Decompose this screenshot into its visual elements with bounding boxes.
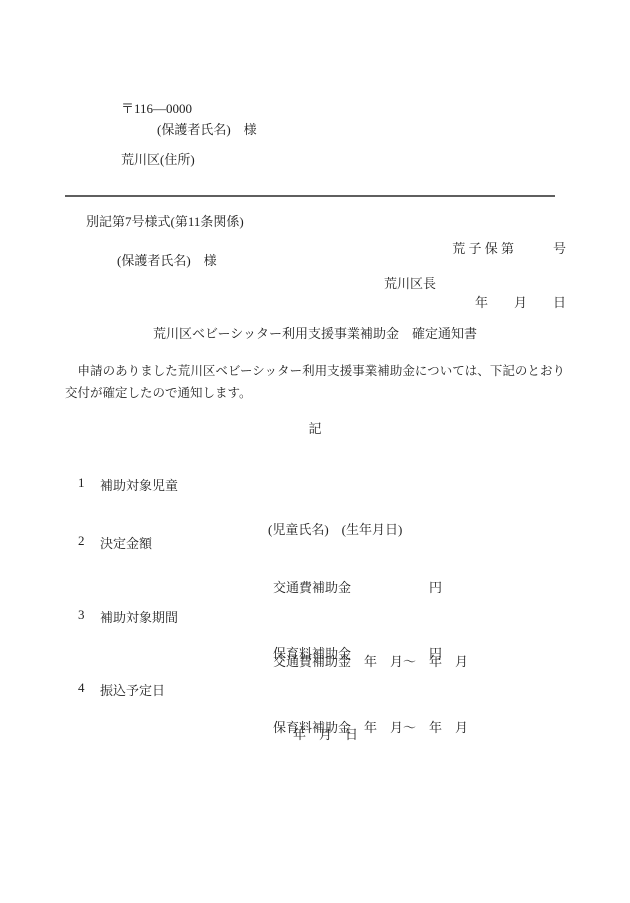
recipient-name: (保護者氏名) 様 (117, 250, 217, 269)
body-paragraph: 申請のありました荒川区ベビーシッター利用支援事業補助金については、下記のとおり交… (65, 360, 565, 404)
item-3-number: 3 (78, 607, 85, 623)
address-line: 荒川区(住所) (121, 151, 195, 168)
document-page: 〒116―0000 荒川区(住所) (保護者氏名) 様 別記第7号様式(第11条… (0, 0, 630, 903)
item-4-value: 年 月 日 (293, 680, 358, 790)
postal-code: 〒116―0000 (121, 100, 195, 117)
recipient-name-top: (保護者氏名) 様 (157, 119, 257, 138)
item-2-number: 2 (78, 533, 85, 549)
form-number: 別記第7号様式(第11条関係) (86, 211, 244, 230)
item-1-label: 補助対象児童 (100, 475, 178, 494)
record-marker: 記 (0, 418, 630, 437)
item-2-label: 決定金額 (100, 533, 152, 552)
item-3-line-1: 交通費補助金 年 月～ 年 月 (273, 651, 468, 673)
document-title: 荒川区ベビーシッター利用支援事業補助金 確定通知書 (0, 323, 630, 342)
item-2-line-1: 交通費補助金 円 (273, 577, 442, 599)
item-4-line-1: 年 月 日 (293, 724, 358, 746)
divider-line (65, 195, 555, 197)
issuer-name: 荒川区長 (384, 273, 436, 292)
item-1-number: 1 (78, 475, 85, 491)
item-4-number: 4 (78, 680, 85, 696)
item-3-label: 補助対象期間 (100, 607, 178, 626)
document-number: 荒 子 保 第 号 (452, 240, 566, 258)
item-4-label: 振込予定日 (100, 680, 165, 699)
document-date: 年 月 日 (452, 294, 566, 312)
